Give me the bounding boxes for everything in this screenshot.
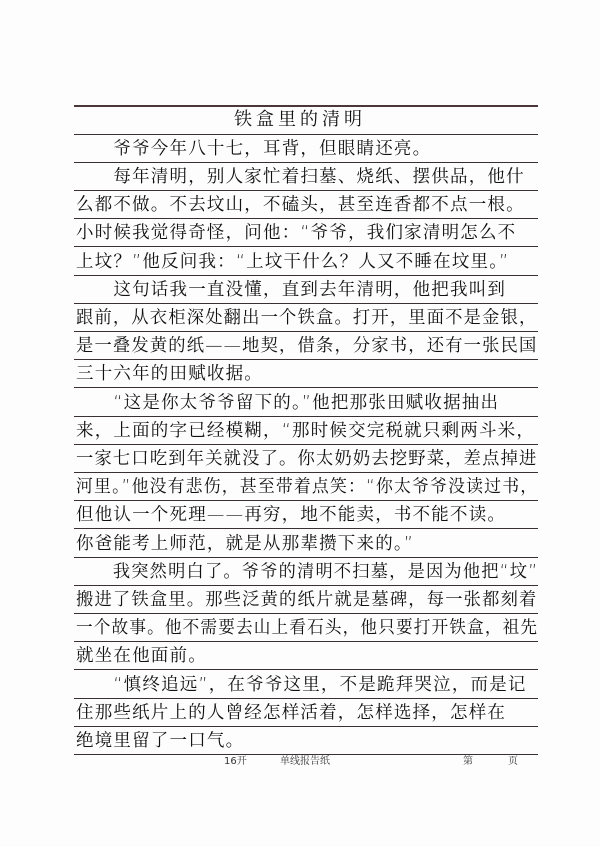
essay-title: 铁盒里的清明	[0, 108, 600, 132]
handwritten-line: 爷爷今年八十七，耳背，但眼睛还亮。	[76, 137, 538, 161]
ruled-line	[74, 613, 538, 614]
ruled-line	[74, 134, 538, 135]
top-rule	[74, 105, 538, 107]
ruled-line	[74, 303, 538, 304]
handwritten-line: 一个故事。他不需要去山上看石头，他只要打开铁盒，祖先	[76, 616, 515, 640]
ruled-line	[74, 162, 538, 163]
handwritten-line: 跟前，从衣柜深处翻出一个铁盒。打开，里面不是金银，	[76, 306, 532, 330]
handwritten-line: “这是你太爷爷留下的。”他把那张田赋收据抽出	[76, 391, 538, 415]
ruled-line	[74, 669, 538, 670]
ruled-line	[74, 726, 538, 727]
report-paper-sheet: 铁盒里的清明 爷爷今年八十七，耳背，但眼睛还亮。 每年清明，别人家忙着扫墓、烧纸…	[0, 0, 600, 847]
ruled-line	[74, 331, 538, 332]
handwritten-line: 小时候我觉得奇怪，问他：“爷爷，我们家清明怎么不	[76, 221, 538, 245]
handwritten-line: 三十六年的田赋收据。	[76, 362, 538, 386]
handwritten-line: 来，上面的字已经模糊，“那时候交完税就只剩两斗米，	[76, 419, 538, 443]
handwritten-line: 是一叠发黄的纸——地契，借条，分家书，还有一张民国	[76, 334, 532, 358]
ruled-line	[74, 528, 538, 529]
ruled-line	[74, 698, 538, 699]
handwritten-line: 每年清明，别人家忙着扫墓、烧纸、摆供品，他什	[76, 165, 538, 189]
ruled-line	[74, 218, 538, 219]
footer-page-suffix: 页	[508, 752, 518, 767]
ruled-line	[74, 275, 538, 276]
ruled-line	[74, 190, 538, 191]
handwritten-line: 一家七口吃到年关就没了。你太奶奶去挖野菜，差点掉进	[76, 447, 532, 471]
ruled-line	[74, 472, 538, 473]
handwritten-line: 搬进了铁盒里。那些泛黄的纸片就是墓碑，每一张都刻着	[76, 588, 532, 612]
ruled-line	[74, 246, 538, 247]
ruled-line	[74, 585, 538, 586]
handwritten-line: “慎终追远”，在爷爷这里，不是跪拜哭泣，而是记	[76, 673, 538, 697]
footer-paper-size: 16开	[224, 752, 247, 767]
handwritten-line: 这句话我一直没懂，直到去年清明，他把我叫到	[76, 278, 538, 302]
handwritten-line: 上坟？”他反问我：“上坟干什么？人又不睡在坟里。”	[76, 250, 538, 274]
ruled-line	[74, 387, 538, 388]
handwritten-line: 绝境里留了一口气。	[76, 729, 538, 753]
ruled-line	[74, 444, 538, 445]
handwritten-line: 么都不做。不去坟山，不磕头，甚至连香都不点一根。	[76, 193, 538, 217]
handwritten-line: 我突然明白了。爷爷的清明不扫墓，是因为他把“坟”	[76, 560, 531, 584]
footer-paper-type: 单线报告纸	[280, 752, 330, 767]
handwritten-line: 就坐在他面前。	[76, 644, 538, 668]
ruled-line	[74, 641, 538, 642]
handwritten-line: 但他认一个死理——再穷，地不能卖，书不能不读。	[76, 503, 538, 527]
footer-page-prefix: 第	[463, 752, 473, 767]
handwritten-line: 你爸能考上师范，就是从那辈攒下来的。”	[76, 532, 538, 556]
ruled-line	[74, 500, 538, 501]
ruled-line	[74, 557, 538, 558]
handwritten-line: 河里。”他没有悲伤，甚至带着点笑：“你太爷爷没读过书，	[76, 475, 522, 499]
ruled-line	[74, 359, 538, 360]
handwritten-line: 住那些纸片上的人曾经怎样活着，怎样选择，怎样在	[76, 701, 538, 725]
ruled-line	[74, 416, 538, 417]
